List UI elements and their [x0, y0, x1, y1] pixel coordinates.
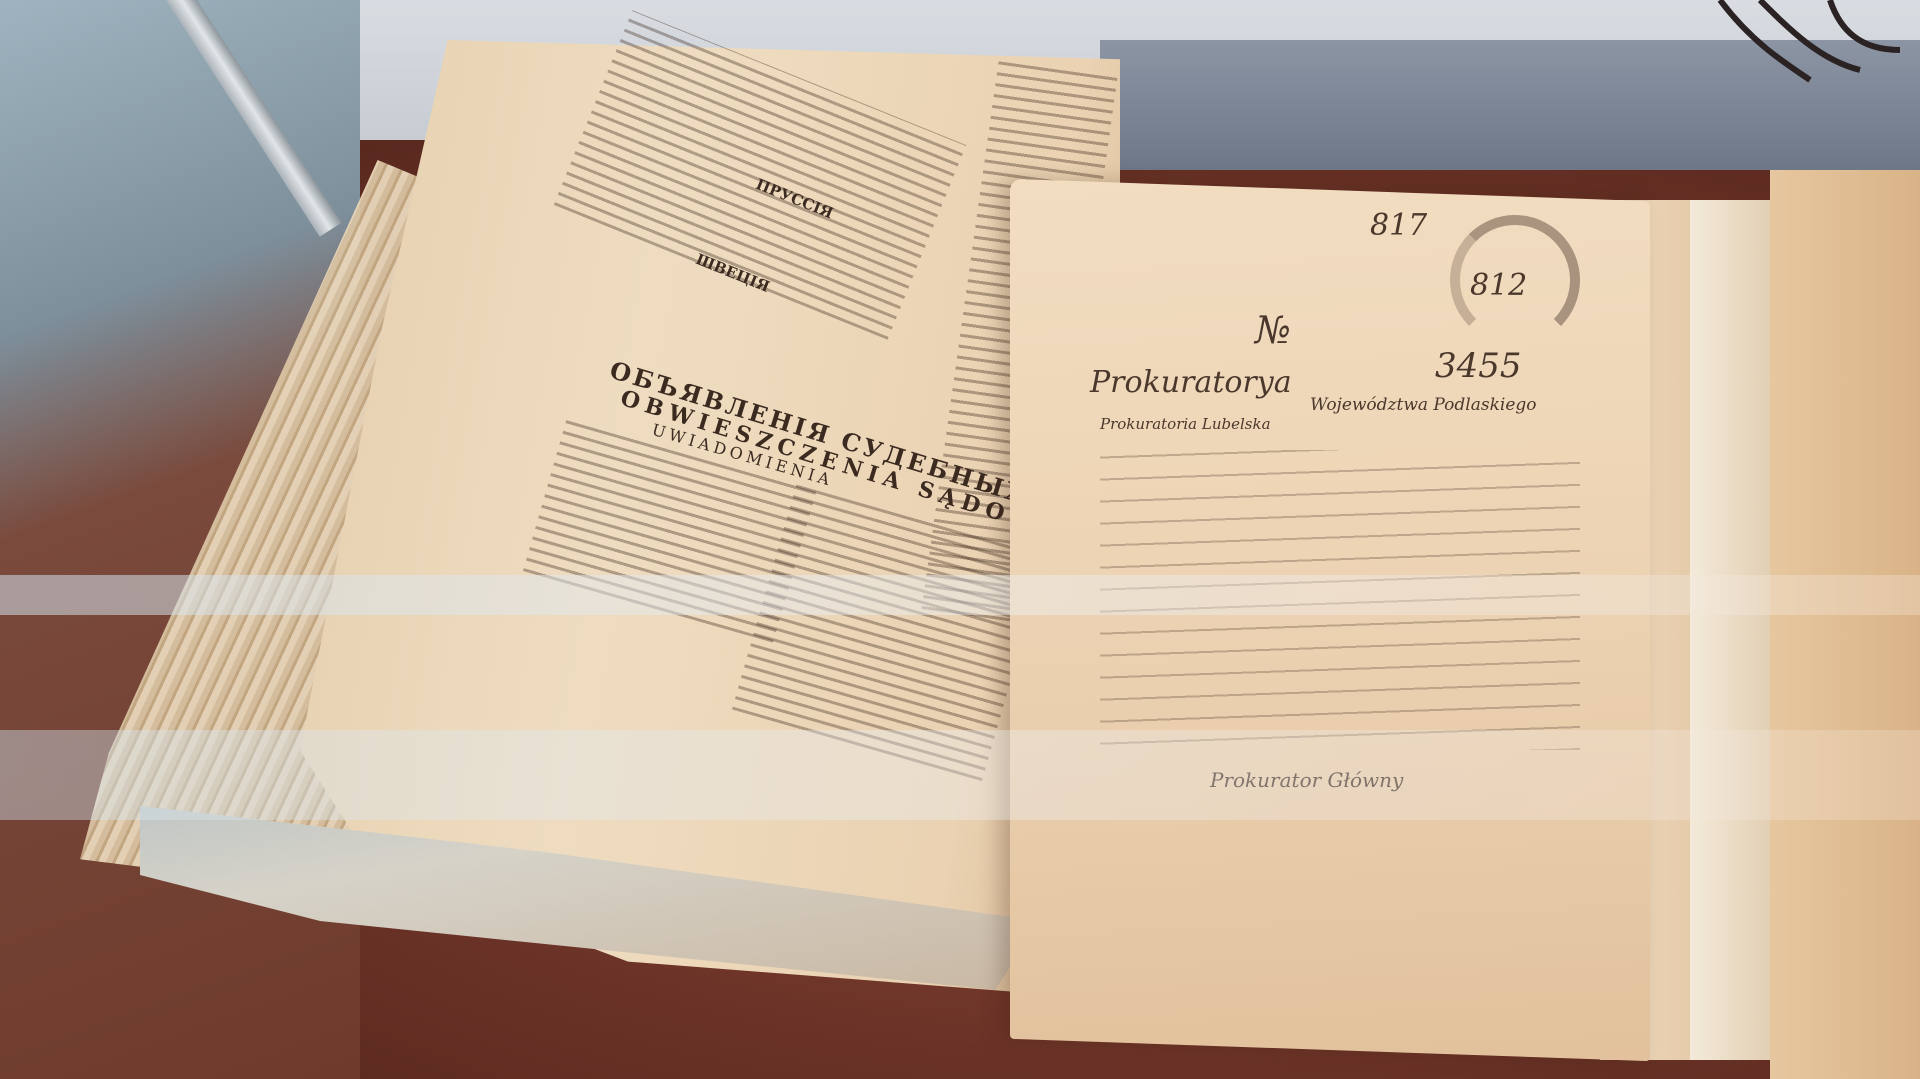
document-number: 817: [1370, 208, 1427, 243]
glass-glare: [0, 575, 1920, 615]
document-title: Prokuratorya: [1090, 365, 1292, 400]
number-mark: №: [1255, 308, 1291, 352]
sender-line: Prokuratoria Lubelska: [1100, 415, 1271, 433]
document-stack: [1690, 200, 1770, 1060]
register-number: 3455: [1435, 346, 1522, 386]
glass-glare: [0, 730, 1920, 820]
document-stack: [1770, 170, 1920, 1079]
stamp-number: 812: [1470, 268, 1527, 303]
recipient-line: Województwa Podlaskiego: [1310, 395, 1537, 415]
feather-icon: [1660, 0, 1920, 100]
